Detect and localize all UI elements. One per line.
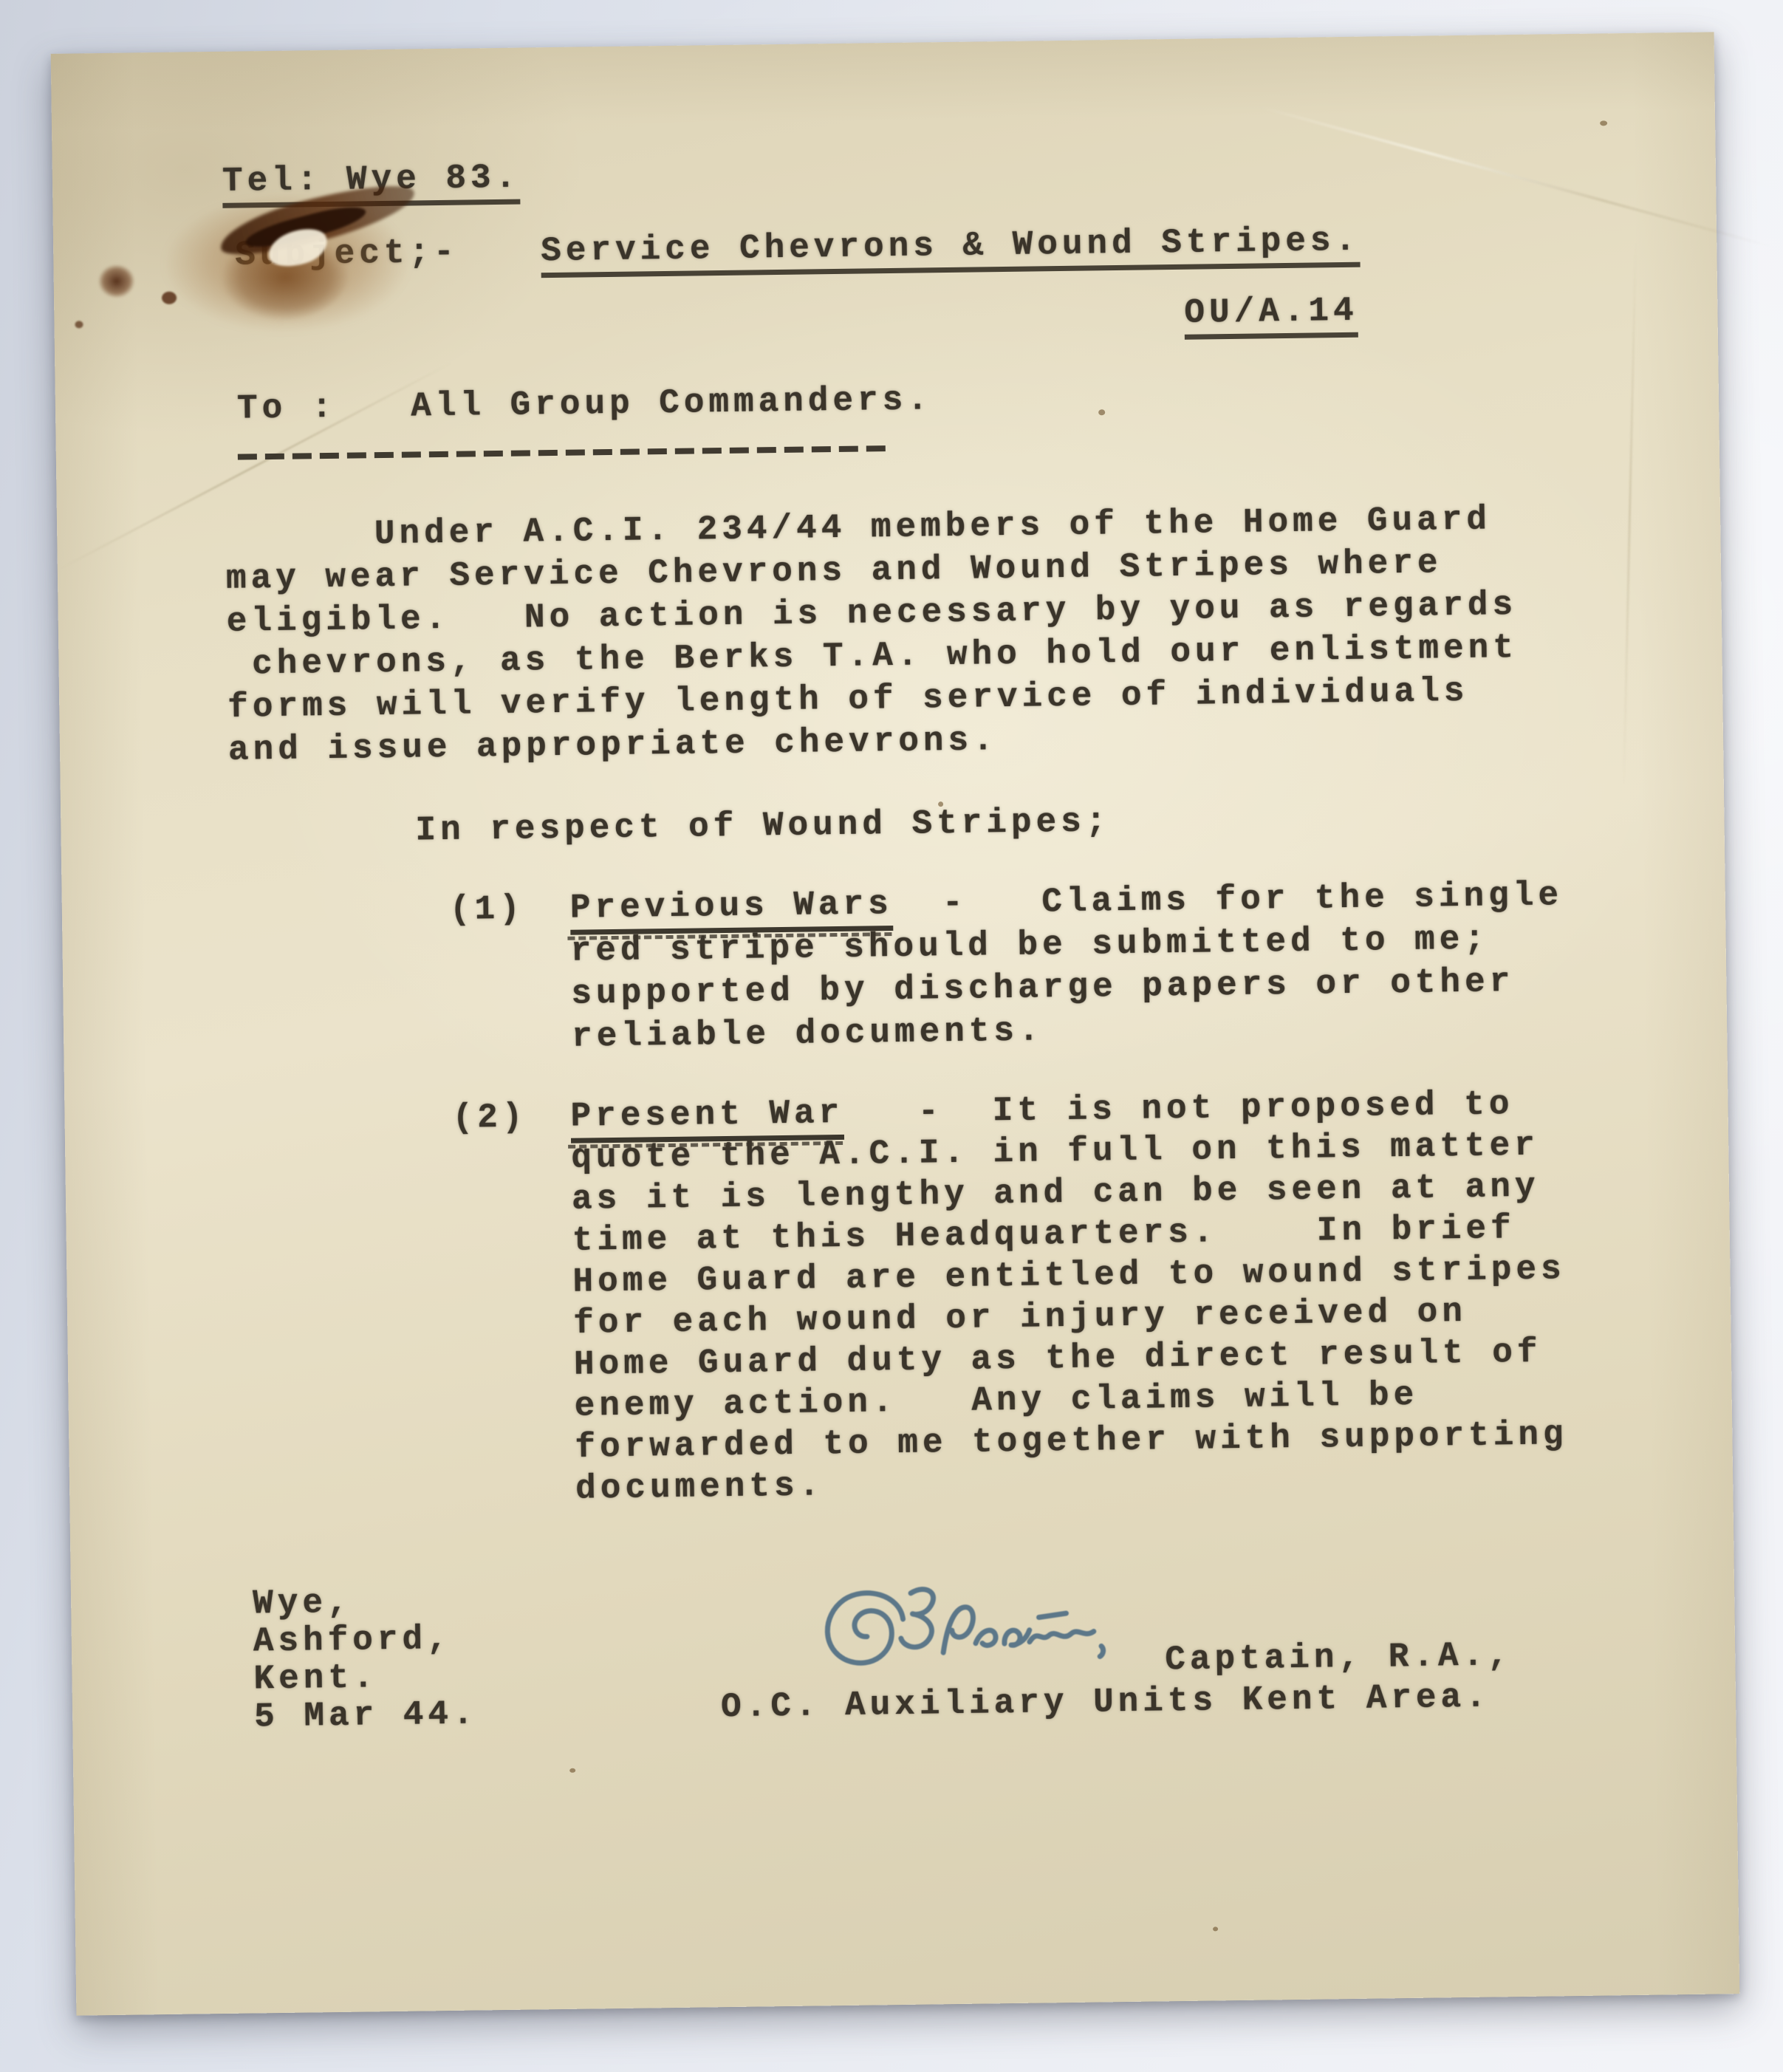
item-1-number: (1)	[450, 890, 525, 929]
item-2-number: (2)	[452, 1098, 527, 1138]
signature-scribble	[817, 1577, 1166, 1685]
item-1-line: supported by discharge papers or other	[571, 963, 1515, 1013]
subject-title: Service Chevrons & Wound Stripes.	[541, 222, 1361, 278]
address-line: 5 Mar 44.	[254, 1695, 478, 1736]
rank-line: Captain, R.A.,	[1165, 1636, 1513, 1679]
item-1-heading: Previous Wars	[570, 885, 894, 935]
tel-text: Tel: Wye 83.	[222, 159, 521, 208]
item-2-line: enemy action. Any claims will be	[574, 1376, 1418, 1426]
subject-line: Service Chevrons & Wound Stripes.	[541, 222, 1361, 271]
address-line: Ashford,	[253, 1620, 453, 1661]
item-1-heading-line: Previous Wars - Claims for the single	[570, 876, 1564, 928]
paper-speck	[938, 801, 943, 807]
address-line: Wye,	[253, 1584, 352, 1624]
typewritten-content: Tel: Wye 83. Subject;- Service Chevrons …	[51, 32, 1740, 2015]
paper-speck	[1098, 409, 1105, 415]
subject-label: Subject;-	[235, 233, 459, 275]
para-line: and issue appropriate chevrons.	[228, 721, 998, 770]
item-2-line: documents.	[575, 1466, 824, 1508]
respect-line: In respect of Wound Stripes;	[415, 802, 1111, 849]
letter-paper: Tel: Wye 83. Subject;- Service Chevrons …	[51, 32, 1740, 2015]
item-1-line: reliable documents.	[572, 1011, 1044, 1056]
to-underline-dashes	[238, 445, 886, 459]
oc-line: O.C. Auxiliary Units Kent Area.	[721, 1678, 1491, 1727]
reference-line: OU/A.14	[1184, 292, 1358, 332]
tel-line: Tel: Wye 83.	[222, 159, 521, 201]
reference-number: OU/A.14	[1184, 292, 1358, 340]
address-line: Kent.	[253, 1658, 378, 1698]
item-2-heading-rest: - It is not proposed to	[843, 1085, 1514, 1132]
item-1-heading-rest: - Claims for the single	[892, 876, 1563, 923]
to-line: To : All Group Commanders.	[237, 380, 933, 428]
paper-speck	[1213, 1926, 1218, 1931]
paper-speck	[569, 1768, 575, 1773]
